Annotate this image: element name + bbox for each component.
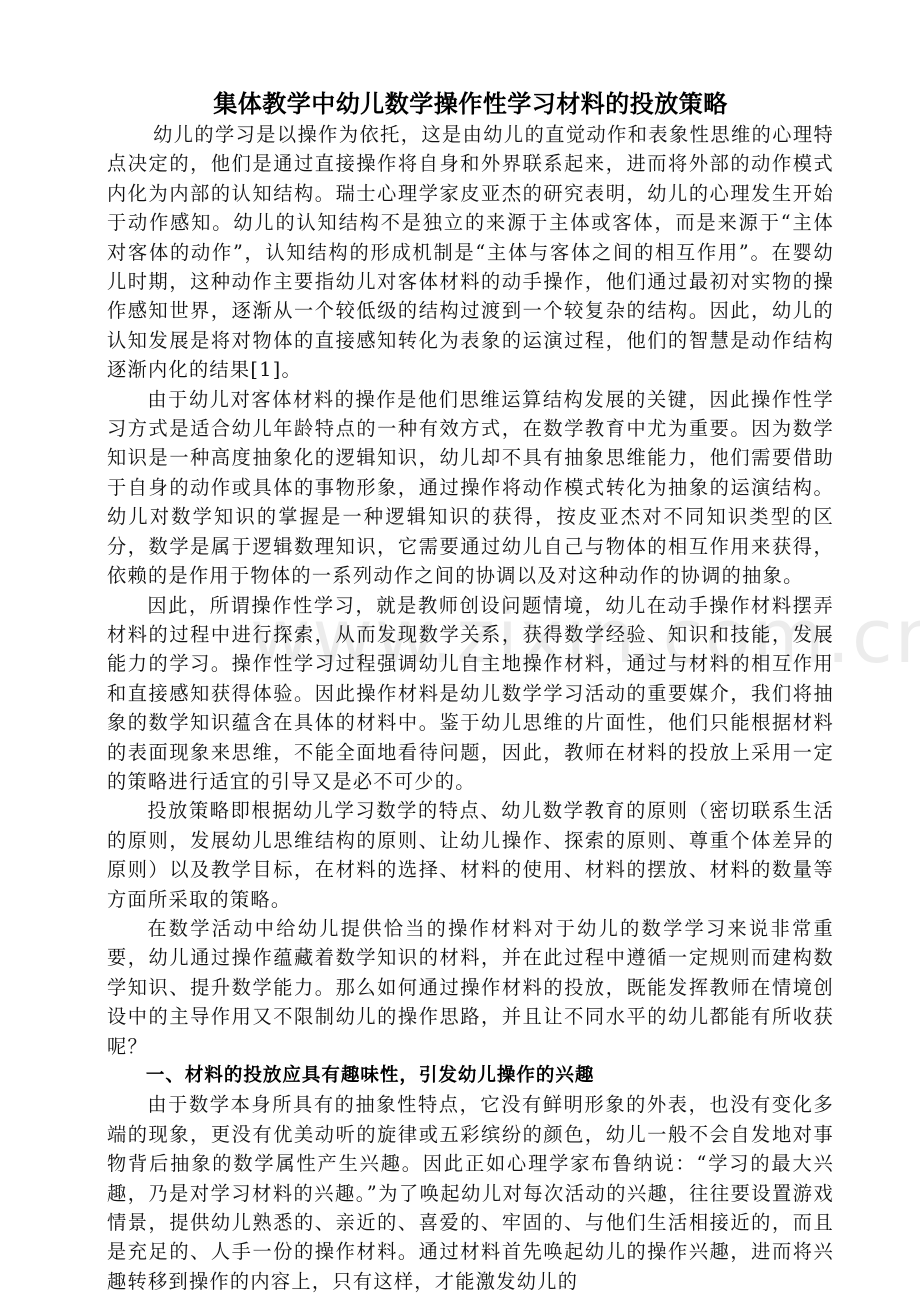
paragraph-placement-strategy: 投放策略即根据幼儿学习数学的特点、幼儿数学教育的原则（密切联系生活的原则，发展幼… (107, 796, 834, 914)
document-page: 集体教学中幼儿数学操作性学习材料的投放策略 幼儿的学习是以操作为依托，这是由幼儿… (107, 88, 834, 1296)
document-title: 集体教学中幼儿数学操作性学习材料的投放策略 (107, 88, 834, 120)
paragraph-intro: 幼儿的学习是以操作为依托，这是由幼儿的直觉动作和表象性思维的心理特点决定的，他们… (107, 120, 834, 385)
section-heading-1: 一、材料的投放应具有趣味性，引发幼儿操作的兴趣 (107, 1061, 834, 1090)
paragraph-operational-learning: 因此，所谓操作性学习，就是教师创设问题情境，幼儿在动手操作材料摆弄材料的过程中进… (107, 591, 834, 797)
paragraph-operation-importance: 由于幼儿对客体材料的操作是他们思维运算结构发展的关键，因此操作性学习方式是适合幼… (107, 385, 834, 591)
paragraph-question: 在数学活动中给幼儿提供恰当的操作材料对于幼儿的数学学习来说非常重要，幼儿通过操作… (107, 914, 834, 1061)
paragraph-interest: 由于数学本身所具有的抽象性特点，它没有鲜明形象的外表，也没有变化多端的现象，更没… (107, 1090, 834, 1296)
